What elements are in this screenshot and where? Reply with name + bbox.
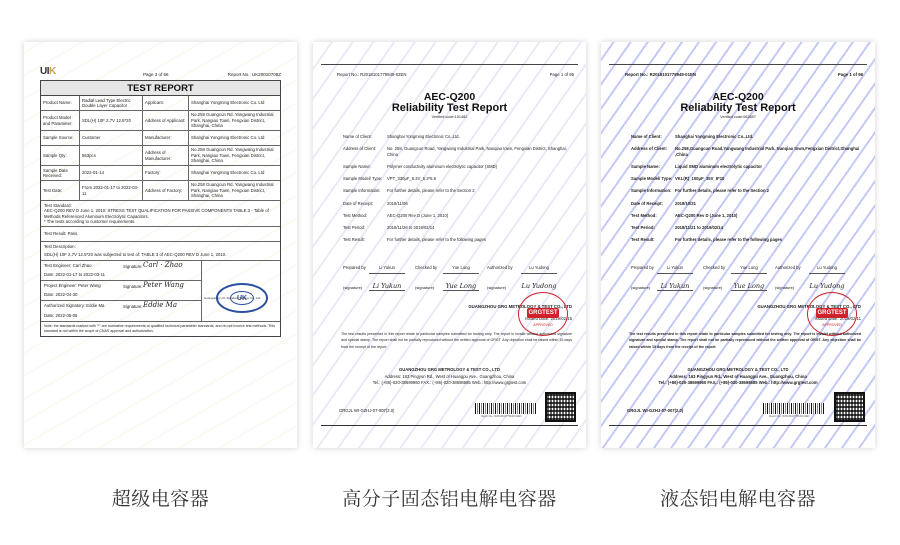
uk-logo: UIK (40, 66, 56, 77)
handwritten-signature: Carl · Zhao (143, 261, 183, 270)
field-label: Sample Date Received: (41, 166, 80, 180)
test-description-text: SDL(H) 10F 2.7V 12.5*20 was subjected to… (44, 252, 277, 257)
field-value: For further details, please refer to the… (387, 237, 574, 242)
test-description-label: Test Description: (44, 244, 277, 249)
handwritten-signature: Eddie Ma (143, 301, 177, 310)
report-fields: Name of Client:Shanghai Yongming Electro… (631, 134, 863, 250)
field-label: Test Period: (343, 225, 387, 230)
field-label: Address of Client: (631, 146, 675, 157)
test-standard: Test Standard: AEC-Q200 REV D June 1, 20… (41, 201, 280, 227)
field-label: Address of Client: (343, 146, 387, 157)
verified-code: Verified code:062657 (601, 115, 875, 119)
supercapacitor-test-report[interactable]: UIK Page 3 of 66 Report No.: UK20010708Z… (24, 42, 297, 448)
field-value: Liquid SMD aluminum electrolytic capacit… (675, 164, 863, 169)
polymer-capacitor-test-report[interactable]: Report No.: R2018101779949-02EN Page 1 o… (313, 42, 586, 448)
field-value: No.258 Guangcun Rd. Yangwang Industrial … (189, 181, 280, 200)
field-label: Factory: (143, 166, 189, 180)
field-value: VKL(R)_100μF_35V_8*10 (675, 176, 863, 181)
field-label: Applicant: (143, 96, 189, 110)
barcode-icon (763, 403, 825, 414)
report-header: UIK Page 3 of 66 Report No.: UK20010708Z (40, 66, 281, 80)
barcode-number: Report No.: R2018101779949-02EN (481, 415, 521, 418)
checked-signature: Yue Long (443, 282, 479, 291)
field-label: Sample Model/ Type: (631, 176, 675, 181)
report-field: Test Result:For further details, please … (343, 237, 574, 242)
prepared-signature: Li Yukun (657, 282, 693, 291)
signature-label: (signature) (415, 285, 434, 290)
authorized-signature: Lu Yudong (809, 282, 845, 290)
header-rule (321, 64, 578, 65)
field-value: 2018/11/06 (387, 201, 574, 206)
field-label: Sample Name: (631, 164, 675, 169)
handwritten-signature: Peter Wang (143, 281, 184, 290)
table-row: Sample Date Received:2022-01-14Factory:S… (41, 166, 280, 181)
field-label: Test Method: (631, 213, 675, 218)
report-field: Sample Model/ Type:VPT_330μF_6.3V_6.3*5.… (343, 176, 574, 181)
signature-label: Signature: (123, 284, 143, 289)
field-label: Test Result: (631, 237, 675, 242)
field-value: Radial Lead Type Electric Double Layer C… (80, 96, 143, 110)
field-label: Sample Information: (343, 188, 387, 193)
report-field: Test Period:2018/11/26 to 2019/02/14 (343, 225, 574, 230)
field-value: From 2022-01-17 to 2022-03-11 (80, 181, 143, 200)
barcode-number: Report No.: R2018101779949-01EN (769, 415, 809, 418)
contact-line: Tel.: (+86)-020-38699960 FAX.: (+86)-020… (313, 380, 586, 387)
page-number: Page 1 of 96 (838, 72, 863, 77)
form-code: GRGJL WI-GZHJ-07-007(2.0) (627, 408, 683, 413)
field-value: No.258,Guangcun Road,Yangwang Industrial… (675, 146, 863, 157)
field-value: 553pcs (80, 146, 143, 165)
report-table: TEST REPORT Product Name:Radial Lead Typ… (40, 80, 281, 337)
signature-row: Authorized Signatory: Eddie MaSignature:… (41, 301, 201, 321)
checked-label: Checked by (703, 265, 725, 270)
field-label: Product Name: (41, 96, 80, 110)
field-label: Address of Applicant: (143, 111, 189, 130)
field-value: 2018/10/31 (675, 201, 863, 206)
test-result: Test Result: Pass. (41, 227, 280, 241)
signer-role: Project Engineer: Peter Wang (44, 283, 101, 288)
page-number: Page 1 of 96 (550, 72, 574, 77)
field-label: Test Result: (343, 237, 387, 242)
field-label: Date of Receipt: (343, 201, 387, 206)
report-field: Sample Name:Polymer conductivity aluminu… (343, 164, 574, 169)
report-title: TEST REPORT (41, 81, 280, 96)
report-field: Test Period:2018/11/21 to 2019/02/14 (631, 225, 863, 230)
authorized-label: Authorized by (487, 265, 513, 270)
contact-line: Tel.: (+86)-020-38699960 FAX.: (+86)-020… (601, 380, 875, 387)
authorized-signature: Lu Yudong (521, 282, 557, 290)
report-number: Report No.: R2018101779949-01EN (625, 72, 696, 77)
report-field: Date of Receipt:2018/10/31 (631, 201, 863, 206)
authorized-name: Lu Yudong (521, 265, 557, 274)
field-label: Sample Model/ Type: (343, 176, 387, 181)
field-value: No. 258, Guangcun Road, Yangwang Industr… (387, 146, 574, 157)
field-label: Address of Factory: (143, 181, 189, 200)
report-note: Note: the standards marked with "*" are … (41, 322, 280, 336)
field-value: Shanghai Yongming Electronic Co. Ltd (189, 131, 280, 145)
signature-date: Date: 2022-05-06 (44, 313, 77, 318)
table-row: Sample Source:CustomerManufacturer:Shang… (41, 131, 280, 146)
report-field: Sample Model/ Type:VKL(R)_100μF_35V_8*10 (631, 176, 863, 181)
field-label: Sample Name: (343, 164, 387, 169)
field-value: 2018/11/26 to 2019/02/14 (387, 225, 574, 230)
table-row: Product Model and Parameter:SDL(H) 10F 2… (41, 111, 280, 131)
checked-label: Checked by (415, 265, 437, 270)
signature-label: Signature: (123, 304, 143, 309)
field-value: Shanghai Yongming Electronic Co.,Ltd. (387, 134, 574, 139)
report-field: Test Result:For further details, please … (631, 237, 863, 242)
field-value: Shanghai Yongming Electronic Co. Ltd (189, 96, 280, 110)
signature-block: Test Engineer: Carl ZhaoSignature:Carl ·… (41, 261, 280, 322)
field-label: Name of Client: (343, 134, 387, 139)
header-rule (609, 64, 867, 65)
signer-role: Authorized Signatory: Eddie Ma (44, 303, 104, 308)
prepared-label: Prepared by (631, 265, 654, 270)
footer-rule (609, 425, 867, 426)
company-address: GUANGZHOU GRG METROLOGY & TEST CO., LTD … (313, 367, 586, 387)
field-label: Test Period: (631, 225, 675, 230)
signature-date: Date: 2022-04-30 (44, 292, 77, 297)
grgtest-stamp: GRGTEST APPROVED (518, 292, 568, 336)
field-value: No.258 Guangcun Rd. Yangwang Industrial … (189, 111, 280, 130)
prepared-name: Li Yukun (657, 265, 693, 274)
field-label: Name of Client: (631, 134, 675, 139)
test-standard-text: AEC-Q200 REV D June 1, 2010: STRESS TEST… (44, 208, 277, 219)
caption-polymer-solid-aluminum-capacitor: 高分子固态铝电解电容器 (313, 484, 586, 511)
table-row: Sample Qty:553pcsAddress of Manufacturer… (41, 146, 280, 166)
field-label: Sample Source: (41, 131, 80, 145)
signature-label: (signature) (775, 285, 794, 290)
field-value: SDL(H) 10F 2.7V 12.5*20 (80, 111, 143, 130)
form-code: GRGJL WI-GZHJ-07-007(2.0) (339, 408, 394, 413)
signature-date: Date: 2022-01-17 to 2022-03-11 (44, 272, 105, 277)
report-subtitle: Reliability Test Report (601, 102, 875, 114)
page-number: Page 3 of 66 (143, 72, 169, 77)
checked-name: Yue Long (731, 265, 767, 274)
prepared-label: Prepared by (343, 265, 366, 270)
test-standard-note: * The tests according to customer requir… (44, 219, 277, 224)
table-row: Test Date:From 2022-01-17 to 2022-03-11A… (41, 181, 280, 201)
authorized-label: Authorized by (775, 265, 801, 270)
signature-label: (signature) (703, 285, 722, 290)
field-value: No.258 Guangcun Rd. Yangwang Industrial … (189, 146, 280, 165)
signature-label: (signature) (631, 285, 650, 290)
caption-supercapacitor: 超级电容器 (24, 484, 297, 511)
signature-label: (signature) (487, 285, 506, 290)
report-field: Sample Information:For further details, … (631, 188, 863, 193)
signature-row: Project Engineer: Peter WangSignature:Pe… (41, 281, 201, 301)
field-value: 2022-01-14 (80, 166, 143, 180)
field-label: Sample Qty: (41, 146, 80, 165)
report-number: Report No.: R2018101779949-02EN (337, 72, 407, 77)
field-value: AEC-Q200 Rev D (June 1, 2010) (675, 213, 863, 218)
field-value: Shanghai Yongming Electronic Co. Ltd (189, 166, 280, 180)
report-field: Address of Client:No.258,Guangcun Road,Y… (631, 146, 863, 157)
field-label: Sample Information: (631, 188, 675, 193)
report-field: Date of Receipt:2018/11/06 (343, 201, 574, 206)
field-value: For further details, please refer to the… (387, 188, 574, 193)
authorized-name: Lu Yudong (809, 265, 845, 274)
test-description: Test Description: SDL(H) 10F 2.7V 12.5*2… (41, 242, 280, 261)
disclaimer: The test results presented in this repor… (341, 331, 572, 350)
liquid-capacitor-test-report[interactable]: Report No.: R2018101779949-01EN Page 1 o… (601, 42, 875, 448)
field-value: Shanghai Yongming Electronic Co.,Ltd. (675, 134, 863, 139)
footer-rule (321, 425, 578, 426)
field-value: 2018/11/21 to 2019/02/14 (675, 225, 863, 230)
signature-label: Signature: (123, 264, 143, 269)
report-field: Sample Information:For further details, … (343, 188, 574, 193)
signature-row: Test Engineer: Carl ZhaoSignature:Carl ·… (41, 261, 201, 281)
prepared-name: Li Yukun (369, 265, 405, 274)
field-value: Customer (80, 131, 143, 145)
verified-code: Verified code:151482 (313, 115, 586, 119)
signature-label: (signature) (343, 285, 362, 290)
table-row: Product Name:Radial Lead Type Electric D… (41, 96, 280, 111)
field-label: Test Method: (343, 213, 387, 218)
field-value: VPT_330μF_6.3V_6.3*5.8 (387, 176, 574, 181)
checked-name: Yue Long (443, 265, 479, 274)
prepared-signature: Li Yukun (369, 282, 405, 291)
field-label: Address of Manufacturer: (143, 146, 189, 165)
field-value: For further details, please refer to the… (675, 237, 863, 242)
report-field: Test Method:AEC-Q200 Rev D (June 1, 2010… (343, 213, 574, 218)
checked-signature: Yue Long (731, 282, 767, 291)
field-value: For further details, please refer to the… (675, 188, 863, 193)
field-value: AEC-Q200 Rev D (June 1, 2010) (387, 213, 574, 218)
signer-role: Test Engineer: Carl Zhao (44, 263, 92, 268)
stamp-caption: Guangdong U.K Standard Testing Co., Ltd. (204, 297, 261, 301)
field-value: Polymer conductivity aluminum electrolyt… (387, 164, 574, 169)
qr-code-icon (545, 392, 576, 422)
field-label: Test Date: (41, 181, 80, 200)
field-label: Date of Receipt: (631, 201, 675, 206)
field-label: Product Model and Parameter: (41, 111, 80, 130)
report-field: Sample Name:Liquid SMD aluminum electrol… (631, 164, 863, 169)
caption-liquid-aluminum-capacitor: 液态铝电解电容器 (601, 484, 875, 511)
report-number: Report No.: UK20010708Z (228, 72, 281, 77)
report-field: Name of Client:Shanghai Yongming Electro… (343, 134, 574, 139)
grgtest-stamp: GRGTEST APPROVED (807, 292, 857, 336)
report-field: Test Method:AEC-Q200 Rev D (June 1, 2010… (631, 213, 863, 218)
report-field: Address of Client:No. 258, Guangcun Road… (343, 146, 574, 157)
company-address: GUANGZHOU GRG METROLOGY & TEST CO., LTD … (601, 367, 875, 387)
qr-code-icon (834, 392, 865, 422)
barcode-icon (475, 403, 537, 414)
report-fields: Name of Client:Shanghai Yongming Electro… (343, 134, 574, 250)
report-subtitle: Reliability Test Report (313, 102, 586, 114)
field-label: Manufacturer: (143, 131, 189, 145)
disclaimer: The test results presented in this repor… (629, 331, 861, 350)
report-field: Name of Client:Shanghai Yongming Electro… (631, 134, 863, 139)
